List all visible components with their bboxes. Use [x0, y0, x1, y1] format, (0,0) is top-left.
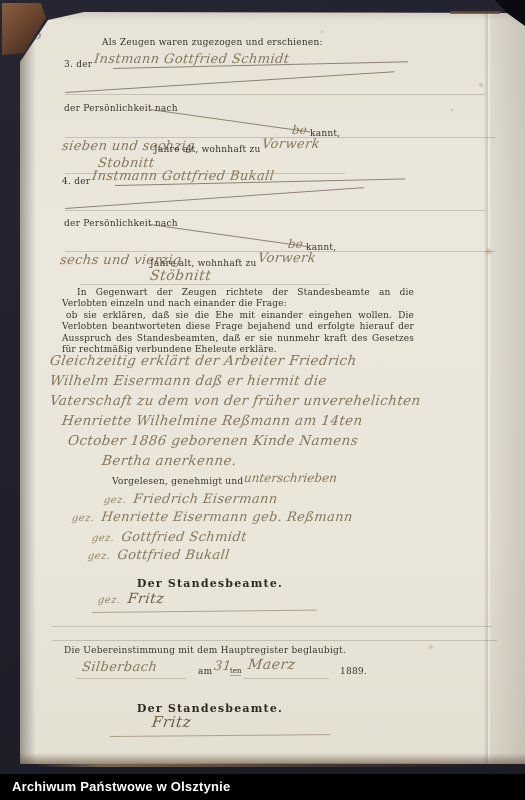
- archive-caption-bar: Archiwum Państwowe w Olsztynie: [0, 774, 525, 800]
- statement-line: In Gegenwart der Zeugen richtete der Sta…: [62, 288, 414, 299]
- foxing-spot: [478, 82, 484, 88]
- ruled-line: [80, 284, 330, 285]
- certification-ten-label: ten: [230, 667, 241, 676]
- signature-name: Friedrich Eisermann: [132, 492, 278, 507]
- acknowledgement-line: Bertha anerkenne.: [49, 451, 459, 471]
- registrar-title: Der Standesbeamte.: [80, 577, 340, 590]
- ruled-line: [52, 640, 497, 641]
- signature-prefix: gez.: [91, 533, 115, 544]
- acknowledgement-line: October 1886 geborenen Kinde Namens: [49, 431, 459, 451]
- witness4-residence: Vorwerk: [257, 251, 317, 266]
- registrar-signature-1: gez.Fritz: [97, 591, 165, 607]
- witness-heading: Als Zeugen waren zugezogen und erschiene…: [102, 38, 323, 48]
- page-edge-streak-bottom: [34, 763, 484, 767]
- ink-stroke: [65, 187, 364, 209]
- ruled-line: [76, 678, 186, 679]
- signature-prefix: gez.: [97, 595, 121, 606]
- witness4-residence2: Stöbnitt: [149, 268, 212, 284]
- statement-line: Ausspruch des Standesbeamten, daß er sie…: [62, 334, 414, 345]
- witness3-bekannt-hand: be: [291, 123, 308, 137]
- acknowledgement-block: Gleichzeitig erklärt der Arbeiter Friedr…: [50, 351, 458, 471]
- archive-name: Archiwum Państwowe w Olsztynie: [0, 774, 525, 800]
- certification-place: Silberbach: [81, 660, 158, 675]
- signature-flourish: [110, 734, 330, 737]
- signature-prefix: gez.: [87, 551, 111, 562]
- ink-stroke: [150, 224, 309, 247]
- page-fold-crease: [484, 0, 491, 764]
- witness3-residence: Vorwerk: [261, 137, 321, 152]
- signature-row: gez.Gottfried Bukall: [87, 548, 230, 563]
- certification-month: Maerz: [247, 657, 297, 673]
- signature-row: gez.Henriette Eisermann geb. Reßmann: [71, 510, 354, 525]
- signature-name: Gottfried Schmidt: [120, 530, 247, 545]
- registrar-signature-2: Fritz: [151, 713, 193, 731]
- ruled-line: [65, 210, 485, 211]
- closing-handwritten: unterschrieben: [243, 471, 338, 485]
- signature-row: gez.Friedrich Eisermann: [103, 492, 278, 507]
- certification-am-label: am: [198, 667, 212, 677]
- witness4-bekannt-hand: be: [287, 237, 304, 251]
- page-left-shadow: [20, 0, 36, 764]
- certification-line: Die Uebereinstimmung mit dem Hauptregist…: [64, 646, 346, 656]
- ink-stroke: [150, 109, 311, 133]
- foxing-spot: [450, 108, 454, 112]
- foxing-spot: [428, 644, 434, 650]
- foxing-spot: [484, 247, 493, 256]
- acknowledgement-line: Henriette Wilhelmine Reßmann am 14ten: [49, 411, 459, 431]
- acknowledgement-line: Gleichzeitig erklärt der Arbeiter Friedr…: [49, 351, 459, 371]
- witness3-prefix: 3. der: [64, 60, 92, 70]
- foxing-spot: [320, 30, 324, 34]
- statement-line: Verlobten beantworteten diese Frage beja…: [62, 322, 414, 333]
- statement-line: Verlobten einzeln und nach einander die …: [62, 299, 414, 310]
- register-page: 8 Als Zeugen waren zugezogen und erschie…: [20, 0, 525, 764]
- statement-line: ob sie erklären, daß sie die Ehe mit ein…: [62, 311, 414, 322]
- signature-flourish: [92, 610, 317, 613]
- acknowledgement-line: Vaterschaft zu dem von der früher unvere…: [49, 391, 459, 411]
- ruled-line: [52, 626, 492, 627]
- ink-stroke: [65, 71, 394, 93]
- page-edge-streak-top: [450, 11, 500, 14]
- signature-row: gez.Gottfried Schmidt: [91, 530, 248, 545]
- statement-paragraph: In Gegenwart der Zeugen richtete der Sta…: [62, 288, 414, 356]
- registrar-signature-name: Fritz: [127, 591, 165, 607]
- ruled-line: [244, 678, 329, 679]
- acknowledgement-line: Wilhelm Eisermann daß er hiermit die: [49, 371, 459, 391]
- page-right-shading: [490, 0, 525, 764]
- signature-prefix: gez.: [103, 495, 127, 506]
- witness4-identity-label: der Persönlichkeit nach: [64, 219, 178, 229]
- witness4-prefix: 4. der: [62, 177, 90, 187]
- signature-name: Gottfried Bukall: [116, 548, 230, 563]
- signature-prefix: gez.: [71, 513, 95, 524]
- certification-year: 1889.: [340, 667, 367, 677]
- witness3-age-suffix: Jahre alt, wohnhaft zu: [154, 145, 261, 155]
- registrar-title-2: Der Standesbeamte.: [80, 702, 340, 715]
- ruled-line: [65, 94, 485, 95]
- signature-name: Henriette Eisermann geb. Reßmann: [100, 510, 353, 525]
- witness3-identity-label: der Persönlichkeit nach: [64, 104, 178, 114]
- closing-printed: Vorgelesen, genehmigt und: [112, 477, 243, 487]
